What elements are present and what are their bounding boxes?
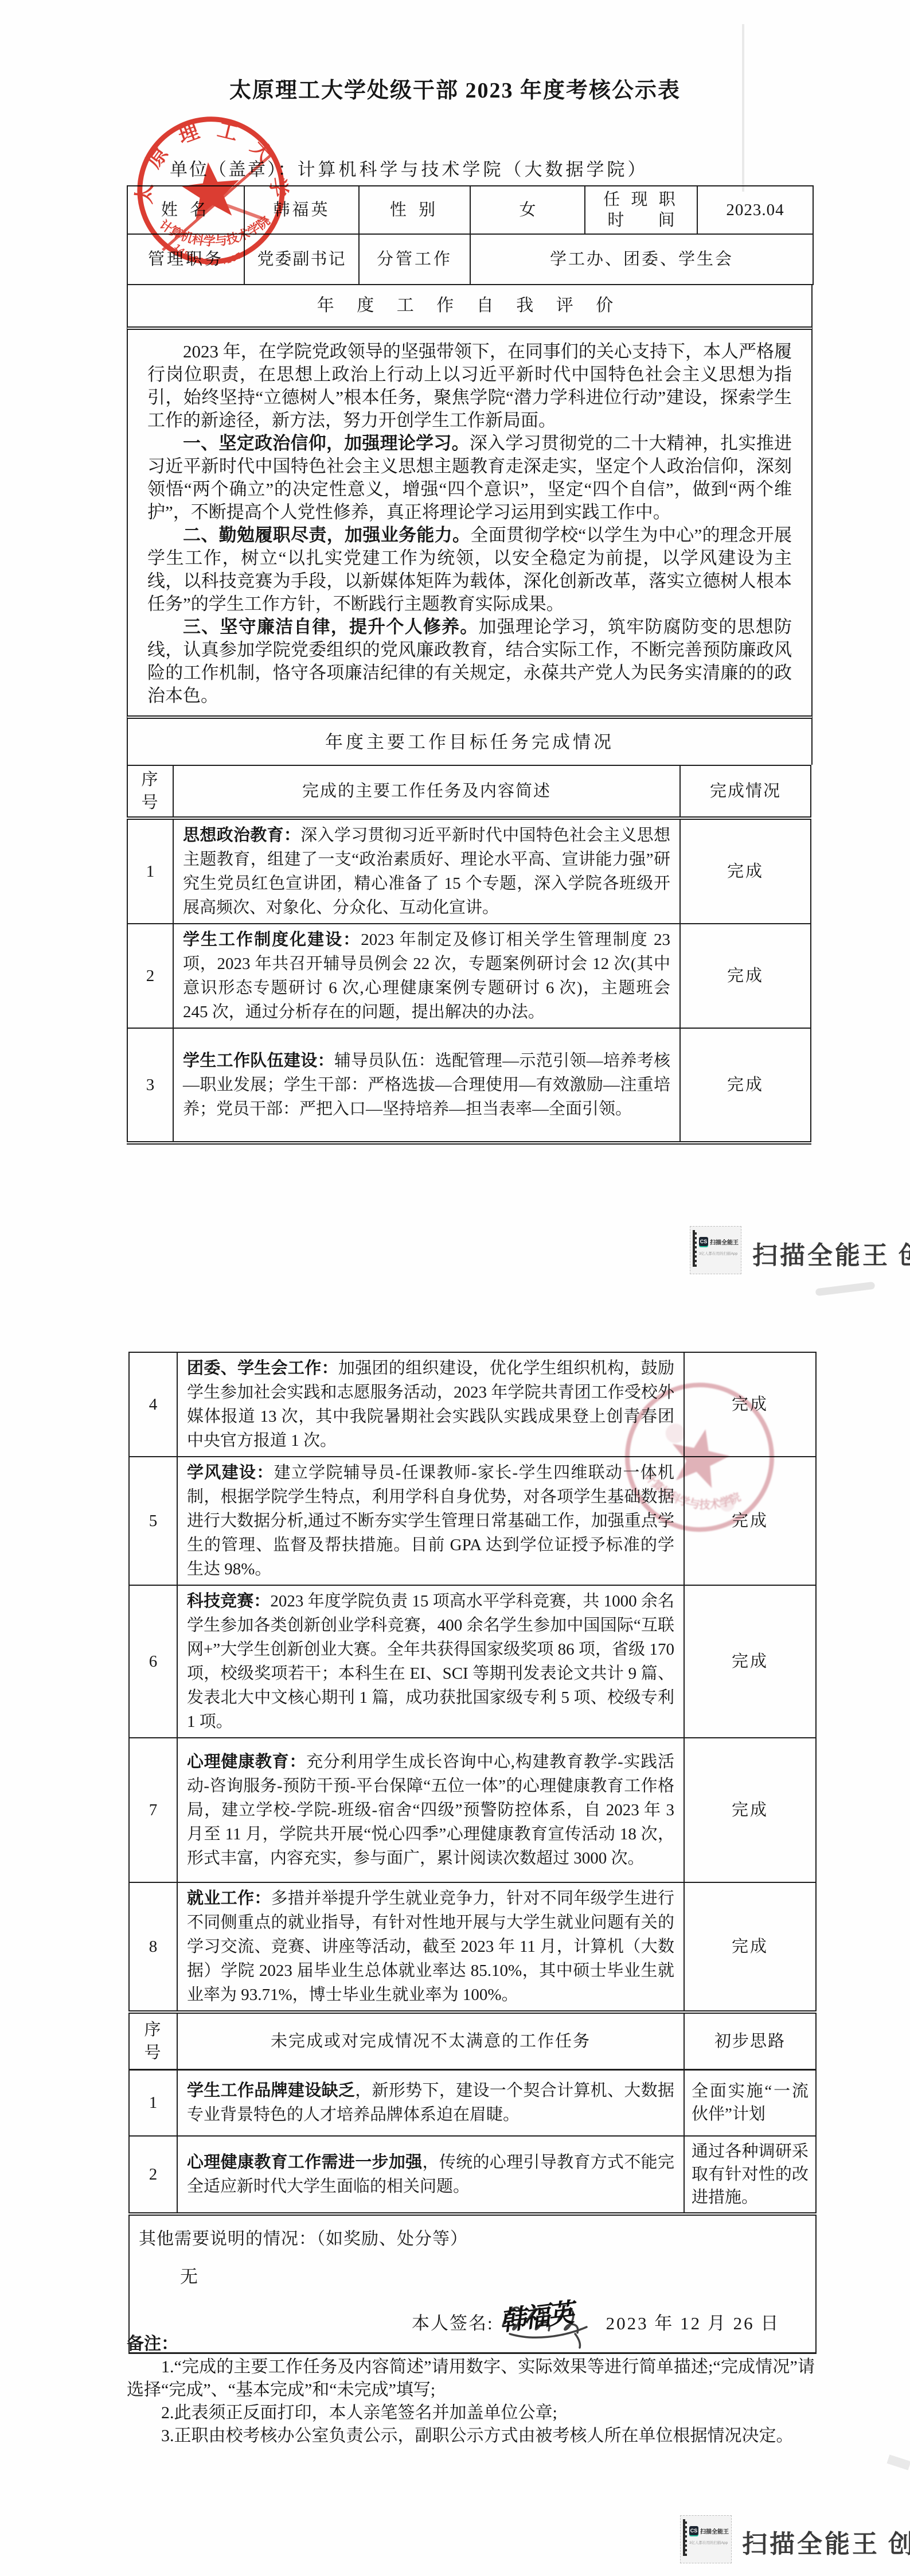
scan-streak-artifact xyxy=(815,1282,876,1297)
column-header-no: 序号 xyxy=(127,765,173,818)
task-description: 心理健康教育：充分利用学生成长咨询中心,构建教育教学-实践活动-咨询服务-预防干… xyxy=(177,1738,684,1882)
task-title: 心理健康教育工作需进一步加强 xyxy=(187,2153,423,2172)
task-description: 学风建设：建立学院辅导员-任课教师-家长-学生四维联动一体机制，根据学院学生特点… xyxy=(177,1457,684,1585)
task-body: 2023 年度学院负责 15 项高水平学科竞赛，共 1000 余名学生参加各类创… xyxy=(187,1592,674,1731)
camscanner-tagline: 3亿人都在用的扫描App xyxy=(699,1251,739,1256)
idea-value: 全面实施“一流伙伴”计划 xyxy=(684,2069,816,2136)
scan-crease-artifact xyxy=(742,24,744,192)
unfinished-description: 心理健康教育工作需进一步加强，传统的心理引导教育方式不能完全适应新时代大学生面临… xyxy=(177,2136,684,2214)
other-remarks-label: 其他需要说明的情况：（如奖励、处分等） xyxy=(139,2227,468,2251)
column-header-unfinished: 未完成或对完成情况不太满意的工作任务 xyxy=(177,2012,684,2069)
camscanner-tagline: 3亿人都在用的扫描App xyxy=(689,2540,729,2545)
task-title: 学生工作品牌建设缺乏 xyxy=(187,2081,355,2100)
table-row: 2 心理健康教育工作需进一步加强，传统的心理引导教育方式不能完全适应新时代大学生… xyxy=(129,2136,816,2214)
status-value: 完成 xyxy=(680,1028,811,1143)
notes-label: 备注： xyxy=(127,2333,815,2356)
duty-label: 分管工作 xyxy=(359,234,470,285)
task-title: 心理健康教育： xyxy=(187,1753,306,1771)
tasks-section-title: 年度主要工作目标任务完成情况 xyxy=(127,715,813,765)
self-review-paragraph: 二、勤勉履职尽责，加强业务能力。全面贯彻学校“以学生为中心”的理念开展学生工作，… xyxy=(147,524,792,616)
status-value: 完成 xyxy=(680,924,811,1028)
qr-code-icon xyxy=(683,2519,687,2556)
task-title: 就业工作： xyxy=(187,1889,271,1908)
row-number: 7 xyxy=(129,1738,177,1882)
scanned-document: 太原理工大学处级干部 2023 年度考核公示表 单位（盖章）：计算机科学与技术学… xyxy=(0,0,910,2576)
notes-section: 备注： 1.“完成的主要工作任务及内容简述”请用数字、实际效果等进行简单描述;“… xyxy=(127,2333,815,2447)
self-review-section-title: 年 度 工 作 自 我 评 价 xyxy=(127,285,813,330)
column-header-status: 完成情况 xyxy=(680,765,811,818)
camscanner-created-text: 扫描全能王 创建 xyxy=(742,2523,910,2560)
faint-seal-stamp: 计算机科学与技术学院 xyxy=(618,1371,781,1543)
table-row: 6 科技竞赛：2023 年度学院负责 15 项高水平学科竞赛，共 1000 余名… xyxy=(129,1585,816,1738)
task-title: 学生工作队伍建设： xyxy=(183,1052,334,1070)
camscanner-watermark: CS 扫描全能王 3亿人都在用的扫描App xyxy=(690,1226,741,1274)
task-title: 科技竞赛： xyxy=(187,1592,270,1610)
paragraph-lead: 一、坚定政治信仰，加强理论学习。 xyxy=(183,433,470,453)
self-review-paragraph: 一、坚定政治信仰，加强理论学习。深入学习贯彻党的二十大精神，扎实推进习近平新时代… xyxy=(147,432,792,524)
table-row: 3 学生工作队伍建设：辅导员队伍：选配管理—示范引领—培养考核—职业发展；学生干… xyxy=(127,1028,811,1143)
signature-date: 2023 年 12 月 26 日 xyxy=(606,2312,780,2336)
camscanner-watermark: CS 扫描全能王 3亿人都在用的扫描App xyxy=(680,2515,732,2563)
task-description: 就业工作：多措并举提升学生就业竞争力，针对不同年级学生进行不同侧重点的就业指导，… xyxy=(177,1882,684,2012)
table-row: 8 就业工作：多措并举提升学生就业竞争力，针对不同年级学生进行不同侧重点的就业指… xyxy=(129,1882,816,2012)
note-item: 2.此表须正反面打印，本人亲笔签名并加盖单位公章; xyxy=(127,2402,815,2425)
status-value: 完成 xyxy=(684,1882,816,2012)
paragraph-text: 2023 年，在学院党政领导的坚强带领下，在同事们的关心支持下，本人严格履行岗位… xyxy=(147,341,792,430)
tenure-value: 2023.04 xyxy=(697,186,813,234)
page-title: 太原理工大学处级干部 2023 年度考核公示表 xyxy=(0,72,910,104)
table-row: 其他需要说明的情况：（如奖励、处分等） 无 本人签名: 韩福英 xyxy=(129,2214,816,2353)
tenure-label-line2: 时 间 xyxy=(586,210,696,231)
task-title: 思想政治教育： xyxy=(183,826,300,845)
row-number: 4 xyxy=(129,1352,177,1457)
stamp-smudge xyxy=(664,1422,687,1445)
status-value: 完成 xyxy=(680,818,811,924)
row-number: 3 xyxy=(127,1028,173,1143)
camscanner-card-right: CS 扫描全能王 3亿人都在用的扫描App xyxy=(689,2519,729,2559)
table-header-row: 序号 未完成或对完成情况不太满意的工作任务 初步思路 xyxy=(129,2012,816,2069)
paragraph-lead: 三、坚守廉洁自律，提升个人修养。 xyxy=(183,617,479,637)
row-number: 8 xyxy=(129,1882,177,2012)
task-description: 思想政治教育：深入学习贯彻习近平新时代中国特色社会主义思想主题教育，组建了一支“… xyxy=(173,818,680,924)
task-description: 科技竞赛：2023 年度学院负责 15 项高水平学科竞赛，共 1000 余名学生… xyxy=(177,1585,684,1738)
table-row: 7 心理健康教育：充分利用学生成长咨询中心,构建教育教学-实践活动-咨询服务-预… xyxy=(129,1738,816,1882)
camscanner-brand-text: 扫描全能王 xyxy=(710,1238,739,1246)
duty-value: 学工办、团委、学生会 xyxy=(470,234,813,285)
camscanner-created-text: 扫描全能王 创建 xyxy=(752,1235,910,1271)
camscanner-qr-card: CS 扫描全能王 3亿人都在用的扫描App xyxy=(690,1226,741,1274)
tenure-label: 任 现 职 时 间 xyxy=(585,186,697,234)
camscanner-logo-icon: CS xyxy=(689,2526,698,2535)
camscanner-logo-icon: CS xyxy=(699,1237,708,1246)
camscanner-brand-text: 扫描全能王 xyxy=(700,2527,729,2535)
task-title: 团委、学生会工作： xyxy=(187,1359,338,1378)
status-value: 完成 xyxy=(684,1738,816,1882)
scan-blob-artifact xyxy=(886,2454,910,2470)
gender-label: 性 别 xyxy=(359,186,470,234)
note-item: 1.“完成的主要工作任务及内容简述”请用数字、实际效果等进行简单描述;“完成情况… xyxy=(127,2356,815,2402)
task-description: 学生工作队伍建设：辅导员队伍：选配管理—示范引领—培养考核—职业发展；学生干部：… xyxy=(173,1028,680,1143)
paragraph-lead: 二、勤勉履职尽责，加强业务能力。 xyxy=(183,525,470,545)
task-title: 学生工作制度化建设： xyxy=(183,931,361,949)
task-description: 学生工作制度化建设：2023 年制定及修订相关学生管理制度 23 项，2023 … xyxy=(173,924,680,1028)
gender-value: 女 xyxy=(470,186,585,234)
signature-label: 本人签名: xyxy=(412,2312,494,2336)
table-header-row: 序号 完成的主要工作任务及内容简述 完成情况 xyxy=(127,765,811,818)
column-header-no: 序号 xyxy=(129,2012,177,2069)
other-remarks-cell: 其他需要说明的情况：（如奖励、处分等） 无 本人签名: 韩福英 xyxy=(129,2214,816,2353)
table-row: 1 思想政治教育：深入学习贯彻习近平新时代中国特色社会主义思想主题教育，组建了一… xyxy=(127,818,811,924)
note-item: 3.正职由校考核办公室负责公示，副职公示方式由被考核人所在单位根据情况决定。 xyxy=(127,2425,815,2447)
unfinished-description: 学生工作品牌建设缺乏，新形势下，建设一个契合计算机、大数据专业背景特色的人才培养… xyxy=(177,2069,684,2136)
task-description: 团委、学生会工作：加强团的组织建设，优化学生组织机构，鼓励学生参加社会实践和志愿… xyxy=(177,1352,684,1457)
university-seal-stamp: 太原理工大学 计算机科学与技术学院 1481093074197 xyxy=(132,107,290,270)
column-header-desc: 完成的主要工作任务及内容简述 xyxy=(173,765,680,818)
table-row: 1 学生工作品牌建设缺乏，新形势下，建设一个契合计算机、大数据专业背景特色的人才… xyxy=(129,2069,816,2136)
row-number: 5 xyxy=(129,1457,177,1585)
row-number: 2 xyxy=(127,924,173,1028)
self-review-body: 2023 年，在学院党政领导的坚强带领下，在同事们的关心支持下，本人严格履行岗位… xyxy=(127,330,813,715)
task-title: 学风建设： xyxy=(187,1464,274,1482)
camscanner-qr-card: CS 扫描全能王 3亿人都在用的扫描App xyxy=(680,2515,732,2563)
self-review-paragraph: 2023 年，在学院党政领导的坚强带领下，在同事们的关心支持下，本人严格履行岗位… xyxy=(147,340,792,432)
row-number: 1 xyxy=(129,2069,177,2136)
row-number: 1 xyxy=(127,818,173,924)
other-remarks-value: 无 xyxy=(180,2265,198,2289)
tenure-label-line1: 任 现 职 xyxy=(586,189,696,210)
idea-value: 通过各种调研采取有针对性的改进措施。 xyxy=(684,2136,816,2214)
status-value: 完成 xyxy=(684,1585,816,1738)
self-review-paragraph: 三、坚守廉洁自律，提升个人修养。加强理论学习，筑牢防腐防变的思想防线，认真参加学… xyxy=(147,616,792,707)
row-number: 6 xyxy=(129,1585,177,1738)
column-header-idea: 初步思路 xyxy=(684,2012,816,2069)
qr-code-icon xyxy=(693,1230,697,1267)
tasks-table-page1: 序号 完成的主要工作任务及内容简述 完成情况 1 思想政治教育：深入学习贯彻习近… xyxy=(127,765,811,1145)
unit-value: 计算机科学与技术学院（大数据学院） xyxy=(298,159,649,180)
camscanner-card-right: CS 扫描全能王 3亿人都在用的扫描App xyxy=(699,1230,739,1270)
row-number: 2 xyxy=(129,2136,177,2214)
table-row: 2 学生工作制度化建设：2023 年制定及修订相关学生管理制度 23 项，202… xyxy=(127,924,811,1028)
